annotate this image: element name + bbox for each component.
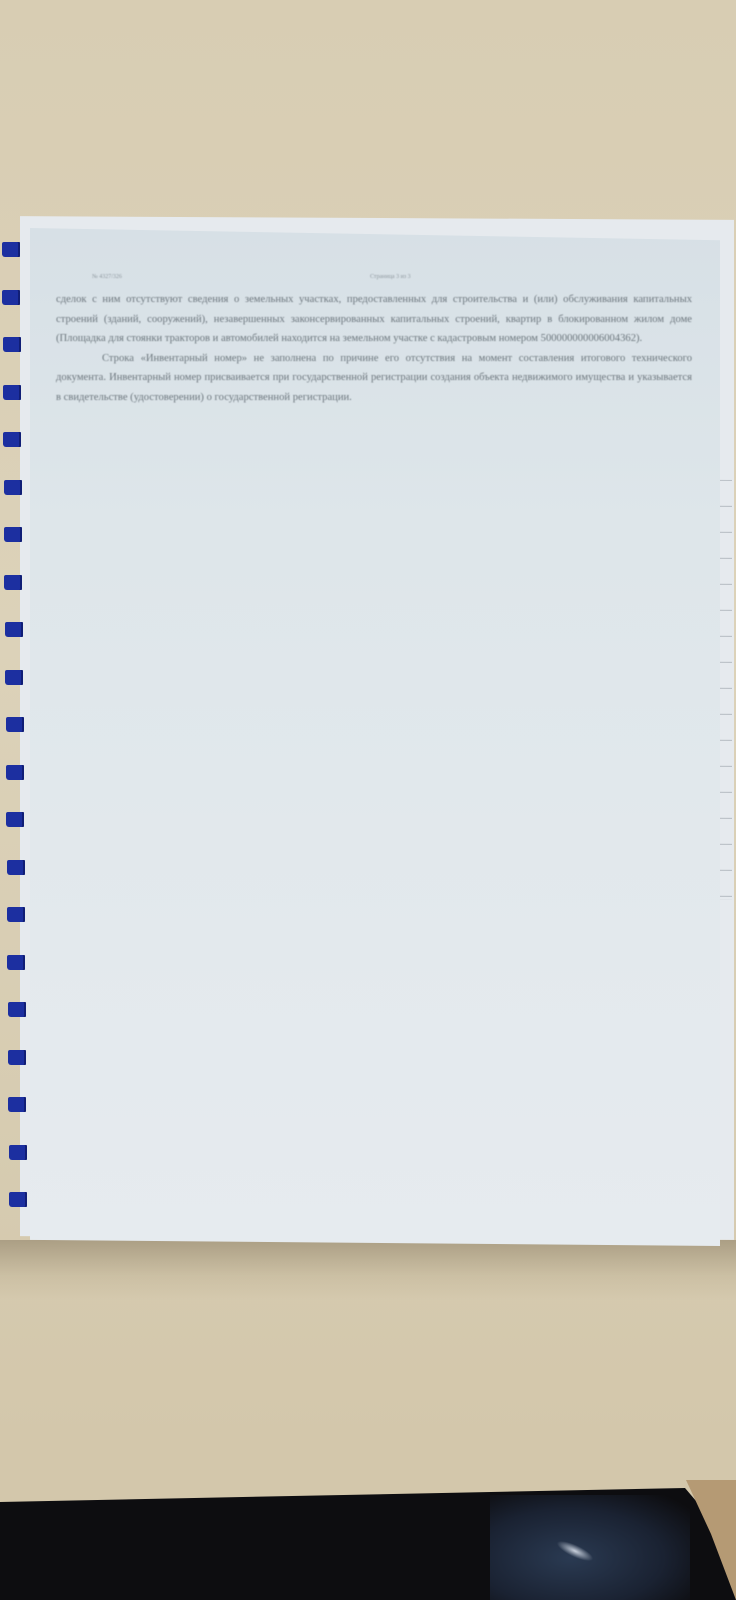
table-shadow — [0, 1240, 736, 1300]
paragraph-inventory-number: Строка «Инвентарный номер» не заполнена … — [56, 349, 692, 408]
binding-comb-tooth — [5, 622, 23, 637]
binding-comb-tooth — [6, 812, 24, 827]
page-counter: Страница 3 из 3 — [370, 274, 411, 280]
page-header: № 4327/326 Страница 3 из 3 — [92, 274, 652, 288]
binding-comb-tooth — [4, 480, 22, 495]
page-body: сделок с ним отсутствуют сведения о земе… — [56, 290, 692, 407]
floor-object — [490, 1495, 690, 1600]
binding-comb-tooth — [3, 385, 21, 400]
binding-comb-tooth — [6, 765, 24, 780]
binding-comb-tooth — [8, 1050, 26, 1065]
binding-comb-tooth — [7, 955, 25, 970]
binding-comb-tooth — [6, 717, 24, 732]
paragraph-land-plots: сделок с ним отсутствуют сведения о земе… — [56, 290, 692, 349]
binding-comb-tooth — [2, 242, 20, 257]
binding-comb-tooth — [8, 1097, 26, 1112]
binding-comb-tooth — [7, 907, 25, 922]
binding-comb-tooth — [4, 527, 22, 542]
document-page: № 4327/326 Страница 3 из 3 сделок с ним … — [30, 228, 720, 1246]
binding-comb-tooth — [9, 1192, 27, 1207]
doc-number: № 4327/326 — [92, 274, 122, 280]
binding-comb-tooth — [3, 432, 21, 447]
binding-comb-tooth — [9, 1145, 27, 1160]
binding-comb-tooth — [3, 337, 21, 352]
binding-comb-tooth — [7, 860, 25, 875]
binding-comb-tooth — [5, 670, 23, 685]
binding-comb-tooth — [4, 575, 22, 590]
binding-comb-tooth — [2, 290, 20, 305]
binding-comb-tooth — [8, 1002, 26, 1017]
binding-comb — [0, 228, 40, 1248]
